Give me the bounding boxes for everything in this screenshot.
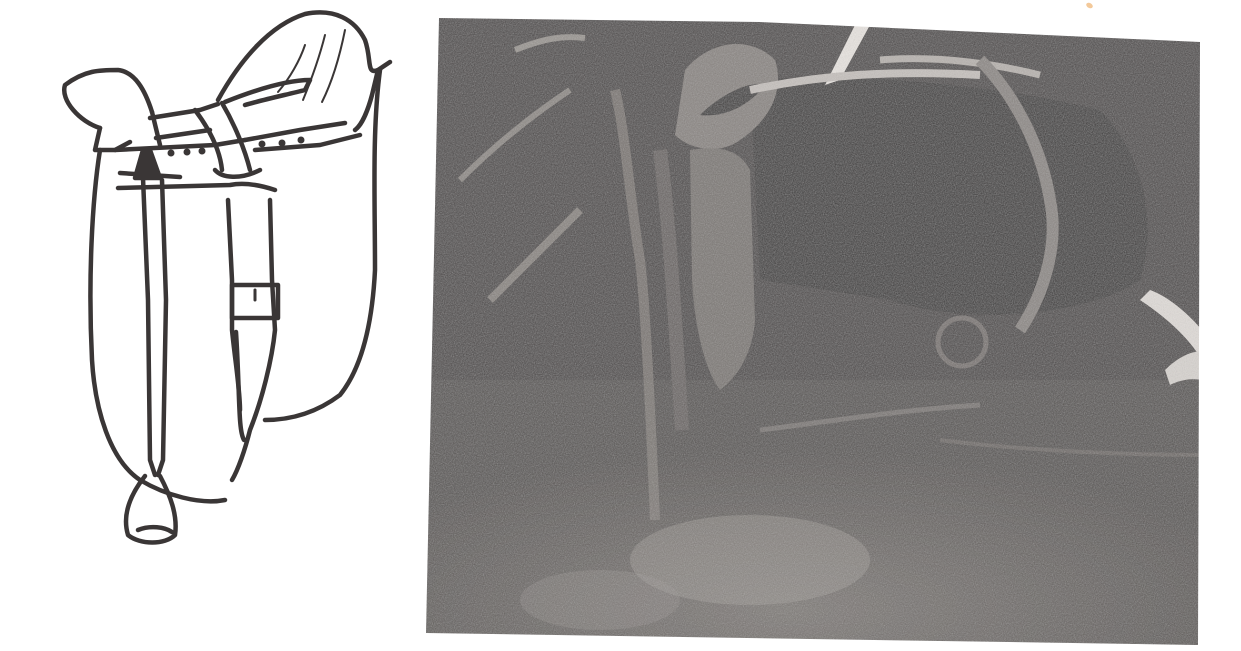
saddle-photograph: [420, 0, 1241, 651]
stirrup-leather: [143, 178, 155, 475]
saddle-line-drawing: [0, 0, 420, 651]
saddle-flap: [90, 150, 225, 501]
saddle-cantle: [218, 12, 390, 100]
saddle-pommel: [64, 70, 152, 128]
